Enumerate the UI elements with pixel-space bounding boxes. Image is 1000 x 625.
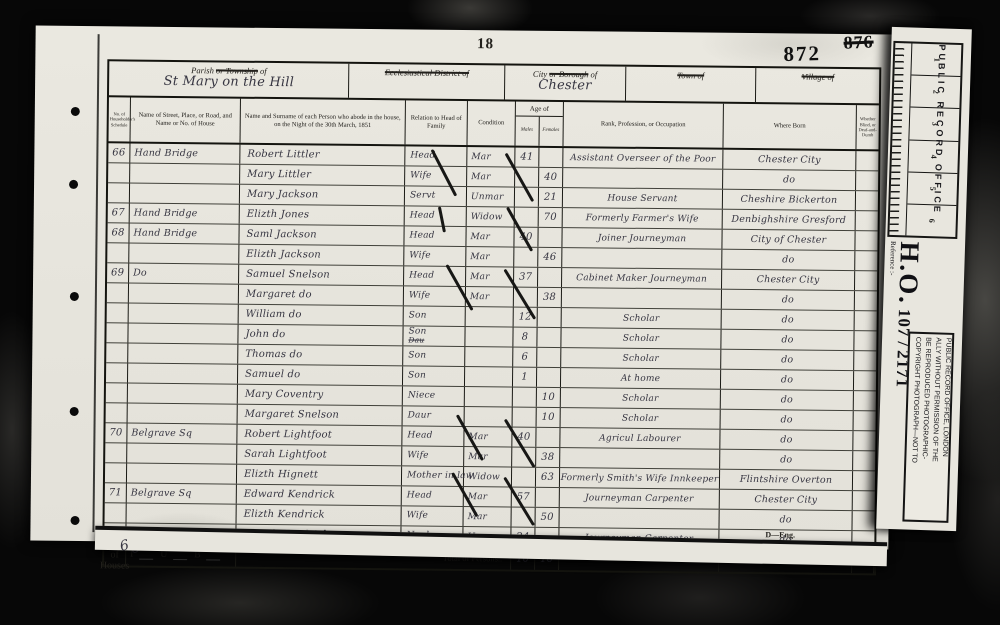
cell-condition [466,307,514,327]
cell-schedule-number: 68 [107,223,129,242]
cell-where-born: Denbighshire Gresford [723,210,856,230]
cell-blind-deaf [856,191,878,210]
cell-where-born: do [720,430,853,450]
cell-street [127,444,237,464]
cell-occupation: Scholar [561,408,721,429]
cell-schedule-number [105,463,127,482]
cell-occupation: Scholar [561,388,721,409]
cell-occupation: Scholar [562,308,722,329]
cell-age-female: 38 [536,448,560,467]
town-label: Town of [677,70,704,80]
cell-age-female: 10 [537,408,561,427]
cell-street: Hand Bridge [130,144,240,164]
cell-name: Elizth Hignett [237,465,402,486]
cell-schedule-number [106,343,128,362]
cell-relation: Wife [404,246,466,266]
cell-where-born: do [722,310,855,330]
cell-age-male: 37 [514,268,538,287]
cell-blind-deaf [854,411,876,430]
cell-age-female [536,428,560,447]
cell-age-male: 41 [515,148,539,167]
cell-schedule-number [107,243,129,262]
col-header-born: Where Born [723,104,856,149]
district-cell: Ecclesiastical District of [349,64,505,100]
cell-name: Saml Jackson [239,225,404,246]
cell-schedule-number [106,323,128,342]
cell-age-male [513,388,537,407]
cell-blind-deaf [853,451,875,470]
cell-where-born: do [719,510,852,530]
cell-age-female [538,268,562,287]
cell-occupation: Formerly Smith's Wife Innkeeper [560,468,720,489]
census-page-sheet: 18 872 876 D—Eng. Parish or Township of … [30,26,893,550]
cell-relation: Wife [405,166,467,186]
cell-schedule-number: 69 [107,263,129,282]
cell-name: Samuel Snelson [239,265,404,286]
cell-age-female: 10 [537,388,561,407]
punch-hole [69,180,78,189]
cell-name: John do [238,325,403,346]
col-header-age-males: Males [515,116,539,145]
cell-blind-deaf [854,391,876,410]
cell-relation: Head [402,486,464,506]
punch-hole [70,516,79,525]
cell-schedule-number [106,403,128,422]
cell-occupation [562,248,722,269]
cell-occupation: Assistant Overseer of the Poor [563,148,723,169]
cell-occupation: Formerly Farmer's Wife [563,208,723,229]
cell-age-male [512,468,536,487]
cell-street [128,344,238,364]
cell-name: Elizth Jones [240,205,405,226]
cell-relation: Servt [405,186,467,206]
cell-age-female: 63 [536,468,560,487]
cell-blind-deaf [854,351,876,370]
col-header-blind: Whether Blind, or Deaf-and-Dumb [856,105,878,149]
cell-relation: Wife [404,286,466,306]
cell-name: Elizth Kendrick [237,505,402,526]
cell-where-born: do [722,250,855,270]
cell-where-born: do [722,290,855,310]
cell-age-male: 8 [513,328,537,347]
cell-condition: Mar [464,447,512,467]
cell-age-female: 40 [539,168,563,187]
cell-schedule-number [107,283,129,302]
cell-relation: Head [405,206,467,226]
cell-schedule-number: 70 [105,423,127,442]
cell-street: Hand Bridge [129,224,239,244]
cell-age-female: 50 [535,508,559,527]
census-table-body: 66 Hand Bridge Robert Littler Head Mar 4… [104,143,878,550]
cell-schedule-number: 66 [108,143,130,162]
cell-condition: Mar [466,227,514,247]
cell-schedule-number [105,443,127,462]
cell-street: Belgrave Sq [127,484,237,504]
cell-street: Hand Bridge [130,204,240,224]
cell-occupation [560,448,720,469]
cell-blind-deaf [855,271,877,290]
cell-street [129,284,239,304]
cell-age-female: 21 [539,188,563,207]
cell-where-born: do [721,350,854,370]
cell-relation: Niece [403,386,465,406]
cell-schedule-number [107,303,129,322]
col-header-condition: Condition [467,101,515,146]
cell-age-female [537,368,561,387]
col-header-schedule: No. of Householder's Schedule [109,97,131,141]
cell-relation: Son [403,366,465,386]
cell-occupation [562,288,722,309]
cell-age-female [538,228,562,247]
cell-street: Belgrave Sq [127,424,237,444]
cell-age-female [539,148,563,167]
cell-name: Robert Lightfoot [237,425,402,446]
cell-name: Mary Jackson [240,185,405,206]
uninhabited-label: U [160,550,167,560]
cell-schedule-number [108,183,130,202]
folio-number: 18 [455,36,515,54]
cell-street: Do [129,264,239,284]
cell-name: Margaret do [239,285,404,306]
cell-relation: Wife [402,506,464,526]
city-cell: City or Borough of Chester [505,65,626,100]
cell-where-born: Chester City [720,490,853,510]
cell-street [127,464,237,484]
col-header-name: Name and Surname of each Person who abod… [241,99,406,145]
cell-condition: Unmar [467,187,515,207]
cell-condition: Mar [467,167,515,187]
cell-where-born: do [720,450,853,470]
cell-where-born: Chester City [722,270,855,290]
city-value: Chester [505,77,625,93]
pro-reference-strip: 1 2 3 4 5 6 PUBLIC RECORD OFFICE Referen… [876,27,972,531]
parish-value: St Mary on the Hill [109,73,349,91]
reference-series: H.O. [893,241,925,305]
cell-occupation: At home [561,368,721,389]
cell-name: Elizth Jackson [239,245,404,266]
cell-name: Thomas do [238,345,403,366]
cell-relation: Son Dau [403,326,465,346]
cell-where-born: do [721,330,854,350]
cell-age-female: 46 [538,248,562,267]
cell-name: Sarah Lightfoot [237,445,402,466]
cell-name: Samuel do [238,365,403,386]
district-label: Ecclesiastical District of [385,67,469,78]
pro-ruler: 1 2 3 4 5 6 [887,41,963,239]
cell-where-born: do [721,410,854,430]
cell-street [130,164,240,184]
cell-blind-deaf [853,471,875,490]
cell-occupation: Scholar [561,348,721,369]
punch-hole [70,292,79,301]
cell-blind-deaf [854,331,876,350]
cell-street [129,304,239,324]
col-header-relation: Relation to Head of Family [405,100,467,145]
cell-blind-deaf [856,151,878,170]
cell-condition [465,327,513,347]
cell-condition [465,387,513,407]
cell-occupation: Agricul Labourer [560,428,720,449]
cell-blind-deaf [855,251,877,270]
piece-stamp-number: 872 [783,41,821,67]
cell-name: Margaret Snelson [238,405,403,426]
cell-street [127,504,237,524]
cell-name: Edward Kendrick [237,485,402,506]
col-header-occupation: Rank, Profession, or Occupation [563,102,723,148]
cell-street [128,324,238,344]
cell-condition: Mar [466,287,514,307]
cell-occupation [563,168,723,189]
cell-name: Robert Littler [240,145,405,166]
cell-blind-deaf [855,231,877,250]
page-fold-line [92,34,99,532]
cell-where-born: do [721,390,854,410]
copyright-notice: COPYRIGHT PHOTOGRAPH—NOT TO BE REPRODUCE… [902,332,954,523]
cell-blind-deaf [856,211,878,230]
cell-street [128,384,238,404]
cell-relation: Head [402,426,464,446]
cell-occupation: Joiner Journeyman [562,228,722,249]
cell-name: Mary Littler [240,165,405,186]
col-header-street: Name of Street, Place, or Road, and Name… [131,98,241,143]
punch-hole [70,407,79,416]
cell-age-male: 1 [513,368,537,387]
cell-blind-deaf [852,511,874,530]
column-header-row: No. of Householder's Schedule Name of St… [108,97,878,151]
cell-schedule-number [106,383,128,402]
cell-condition [465,367,513,387]
cell-age-female [538,308,562,327]
cell-blind-deaf [855,291,877,310]
cell-relation: Son [403,346,465,366]
cell-condition [465,347,513,367]
town-cell: Town of [626,67,757,102]
cell-where-born: do [723,170,856,190]
cell-name: William do [239,305,404,326]
cell-schedule-number [105,503,127,522]
cell-blind-deaf [853,431,875,450]
village-cell: Village of [756,68,879,103]
col-header-age-females: Females [539,117,563,146]
cell-age-male: 6 [513,348,537,367]
cell-occupation: House Servant [563,188,723,209]
cell-blind-deaf [856,171,878,190]
cell-where-born: Flintshire Overton [720,470,853,490]
cell-name: Mary Coventry [238,385,403,406]
cell-relation: Wife [402,446,464,466]
cell-blind-deaf [854,371,876,390]
cell-street [128,404,238,424]
cell-schedule-number [106,363,128,382]
cell-occupation [559,508,719,529]
cell-age-female: 38 [538,288,562,307]
cell-occupation: Scholar [561,328,721,349]
cell-age-female: 70 [539,208,563,227]
village-label: Village of [801,72,834,82]
cell-age-female [537,328,561,347]
cell-schedule-number: 67 [108,203,130,222]
cell-relation: Head [404,226,466,246]
cell-where-born: do [721,370,854,390]
cell-occupation: Journeyman Carpenter [560,488,720,509]
cell-schedule-number [108,163,130,182]
parish-cell: Parish or Township of St Mary on the Hil… [109,61,350,98]
census-form: Parish or Township of St Mary on the Hil… [102,59,881,575]
cell-age-male [514,248,538,267]
cell-street [128,364,238,384]
cell-age-female [537,348,561,367]
cell-blind-deaf [853,491,875,510]
cell-schedule-number: 71 [105,483,127,502]
cell-age-male [513,408,537,427]
cell-street [129,244,239,264]
cell-where-born: City of Chester [722,230,855,250]
cell-where-born: Cheshire Bickerton [723,190,856,210]
cell-where-born: Chester City [723,150,856,170]
cell-street [130,184,240,204]
cell-blind-deaf [855,311,877,330]
col-header-age: Age of Males Females [515,102,563,147]
punch-hole [71,107,80,116]
cell-age-female [536,488,560,507]
cell-relation: Son [404,306,466,326]
crossed-out-stamp-number: 876 [843,32,874,54]
cell-occupation: Cabinet Maker Journeyman [562,268,722,289]
cell-condition: Mar [466,247,514,267]
